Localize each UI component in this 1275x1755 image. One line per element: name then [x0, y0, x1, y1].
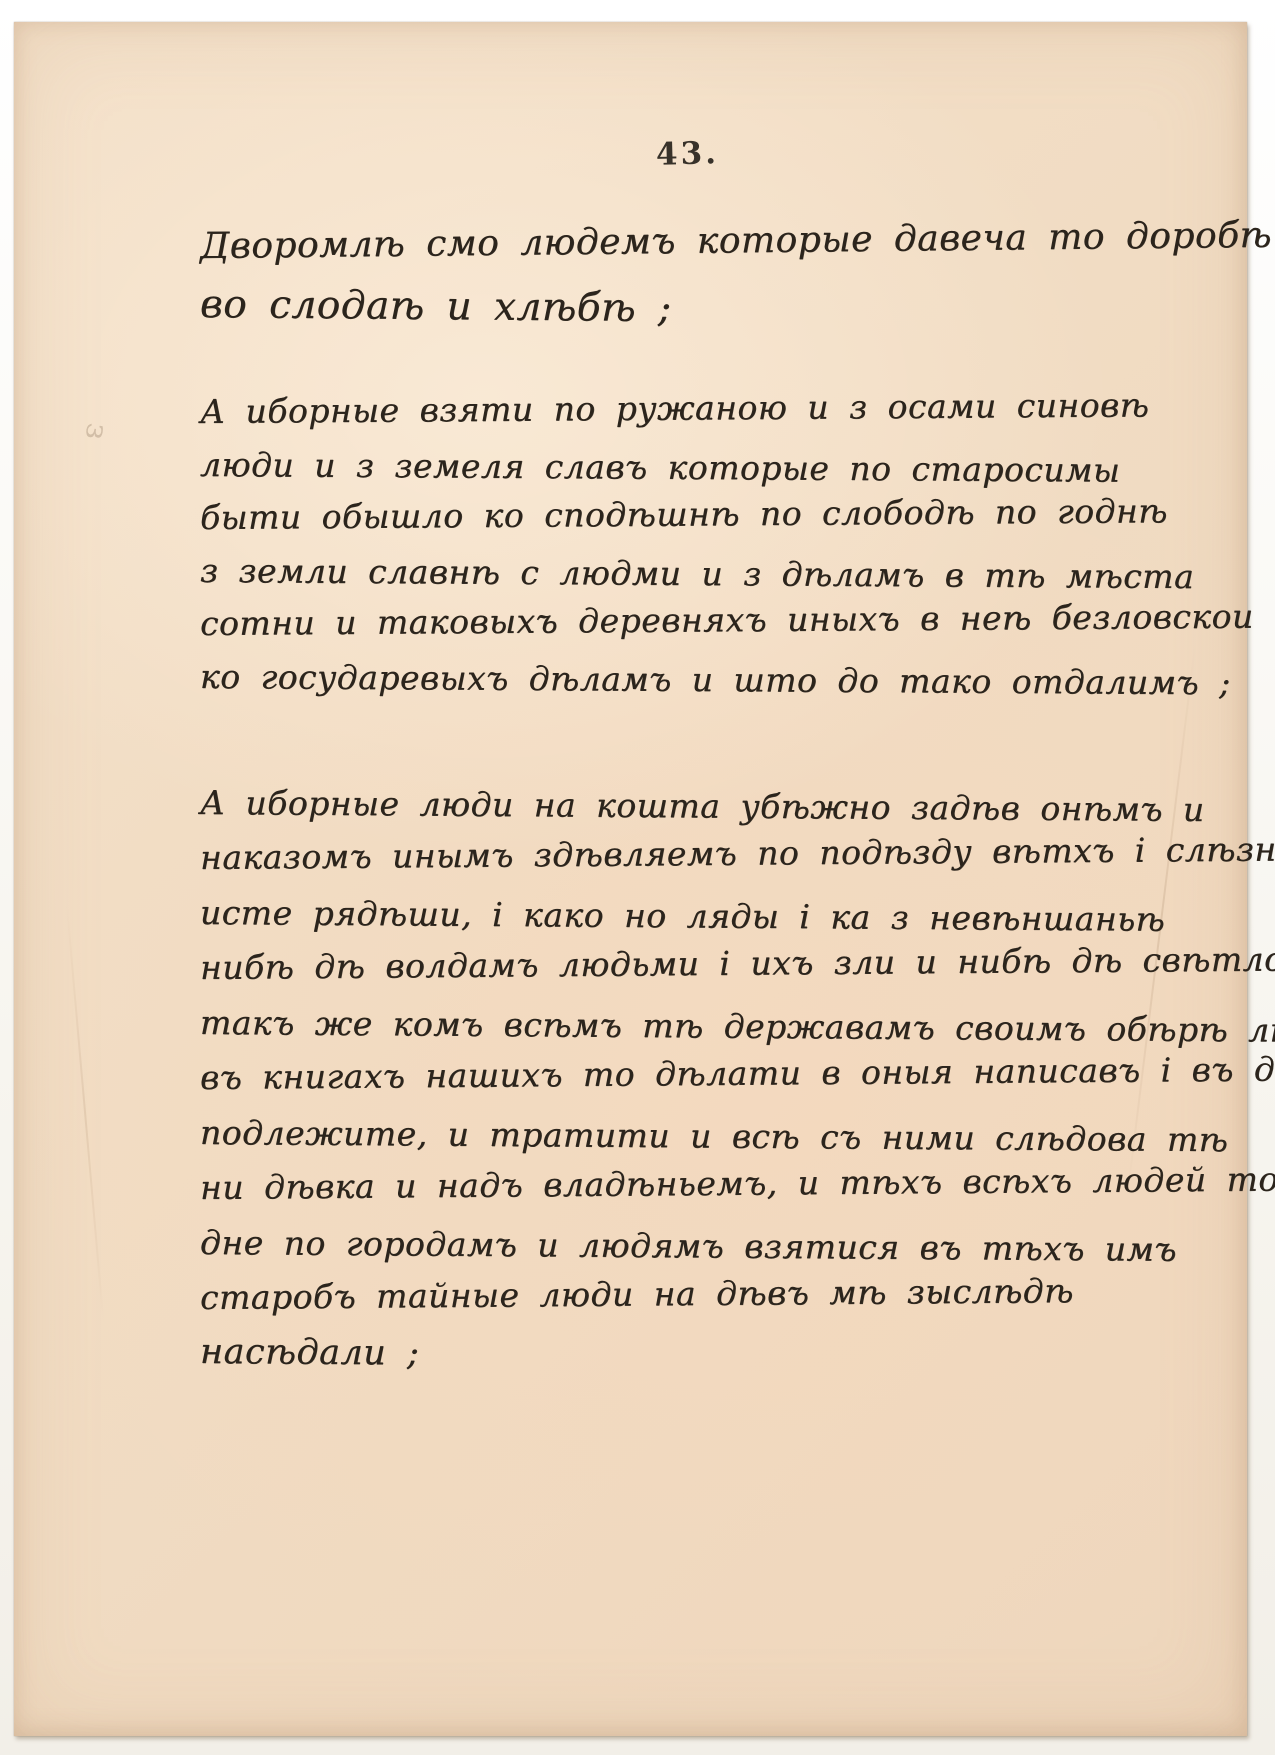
page-number: 43. [656, 135, 720, 173]
manuscript-line: старобъ тайные люди на дѣвъ мѣ зыслѣдѣ [200, 1261, 1275, 1325]
manuscript-line: въ книгахъ нашихъ то дѣлати в оныя напис… [200, 1041, 1275, 1105]
manuscript-line: сотни и таковыхъ деревняхъ иныхъ в неѣ б… [200, 590, 1254, 650]
paragraph-2: А иборные взяти по ружаною и з осами син… [200, 385, 1254, 703]
paragraph-3: А иборные люди на кошта убѣжно задѣв онѣ… [200, 775, 1275, 1380]
manuscript-line: наказомъ инымъ здѣвляемъ по подѣзду вѣтх… [200, 821, 1275, 885]
manuscript-line: нибѣ дѣ волдамъ людьми і ихъ зли и нибѣ … [200, 931, 1275, 995]
manuscript-line: А иборные взяти по ружаною и з осами син… [200, 378, 1254, 438]
paragraph-1: Дворомлѣ смо людемъ которые давеча то до… [200, 218, 1272, 334]
manuscript-line: ни дѣвка и надъ владѣньемъ, и тѣхъ всѣхъ… [200, 1151, 1275, 1215]
faint-pencil-mark: з [78, 420, 115, 442]
manuscript-line: насѣдали ; [200, 1325, 1275, 1388]
scan-background: 43. Дворомлѣ смо людемъ которые давеча т… [0, 0, 1275, 1755]
manuscript-line: Дворомлѣ смо людемъ которые давеча то до… [200, 207, 1272, 276]
manuscript-line: во слодаѣ и хлѣбѣ ; [200, 276, 1272, 343]
manuscript-line: быти обышло ко сподѣшнѣ по слободѣ по го… [200, 484, 1254, 544]
manuscript-line: ко государевыхъ дѣламъ и што до тако отд… [200, 650, 1254, 709]
manuscript-page: 43. Дворомлѣ смо людемъ которые давеча т… [14, 22, 1247, 1736]
